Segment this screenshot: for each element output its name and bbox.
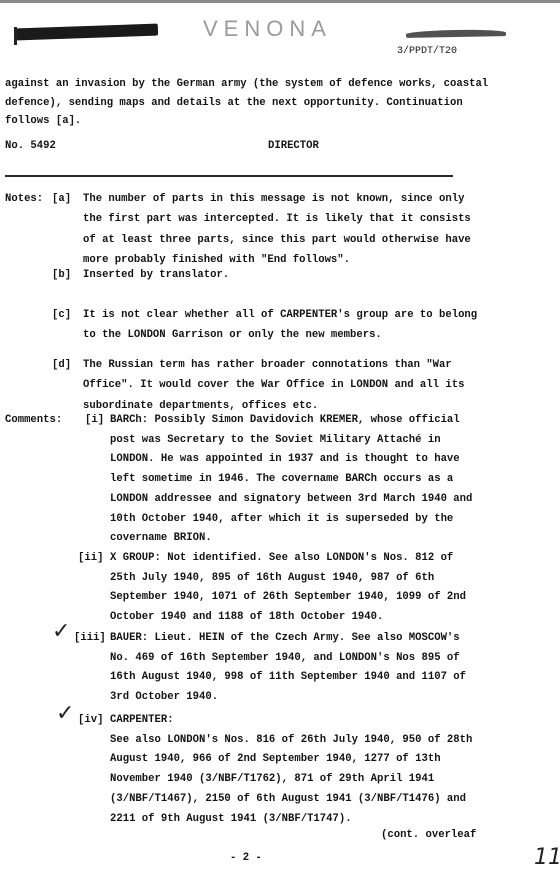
comment-text-line: 10th October 1940, after which it is sup…: [110, 512, 453, 526]
comment-text-line: September 1940, 1071 of 26th September 1…: [110, 590, 466, 604]
comment-text-line: See also LONDON's Nos. 816 of 26th July …: [110, 733, 472, 747]
note-text-line: The Russian term has rather broader conn…: [83, 358, 452, 372]
note-marker: [b]: [52, 268, 71, 282]
comment-marker: [iii]: [74, 631, 106, 645]
scan-edge: [0, 0, 560, 3]
comment-text-line: 25th July 1940, 895 of 16th August 1940,…: [110, 571, 434, 585]
check-mark-icon: ✓: [56, 701, 74, 726]
note-text-line: Inserted by translator.: [83, 268, 229, 282]
redacted-stamp-right: [406, 29, 506, 38]
notes-label: Notes:: [5, 192, 43, 206]
comment-text-line: (3/NBF/T1467), 2150 of 6th August 1941 (…: [110, 792, 466, 806]
comment-text-line: November 1940 (3/NBF/T1762), 871 of 29th…: [110, 772, 434, 786]
comment-text-line: August 1940, 966 of 2nd September 1940, …: [110, 752, 441, 766]
section-divider: [5, 175, 453, 177]
comment-marker: [i]: [85, 413, 104, 427]
comment-text-line: 16th August 1940, 998 of 11th September …: [110, 670, 466, 684]
note-text-line: It is not clear whether all of CARPENTER…: [83, 308, 477, 322]
comment-text-line: LONDON addressee and signatory between 3…: [110, 492, 472, 506]
note-marker: [c]: [52, 308, 71, 322]
note-text-line: more probably finished with "End follows…: [83, 253, 350, 267]
document-reference: 3/PPDT/T20: [397, 46, 457, 57]
message-signatory: DIRECTOR: [268, 139, 319, 153]
note-text-line: The number of parts in this message is n…: [83, 192, 464, 206]
comment-text-line: 3rd October 1940.: [110, 690, 218, 704]
comment-text-line: post was Secretary to the Soviet Militar…: [110, 433, 441, 447]
note-text-line: subordinate departments, offices etc.: [83, 399, 318, 413]
comment-text-line: CARPENTER:: [110, 713, 174, 727]
comment-text-line: left sometime in 1946. The covername BAR…: [110, 472, 453, 486]
comment-text-line: 2211 of 9th August 1941 (3/NBF/T1747).: [110, 812, 352, 826]
comment-text-line: covername BRION.: [110, 531, 212, 545]
note-text-line: of at least three parts, since this part…: [83, 233, 471, 247]
comment-text-line: BAUER: Lieut. HEIN of the Czech Army. Se…: [110, 631, 460, 645]
note-text-line: to the LONDON Garrison or only the new m…: [83, 328, 382, 342]
note-marker: [d]: [52, 358, 71, 372]
continuation-note: (cont. overleaf: [381, 829, 476, 841]
comment-text-line: X GROUP: Not identified. See also LONDON…: [110, 551, 453, 565]
handwritten-folio-number: 116: [534, 845, 560, 870]
page-number: - 2 -: [230, 852, 262, 864]
redacted-classification-stamp: [16, 24, 158, 41]
note-text-line: the first part was intercepted. It is li…: [83, 212, 471, 226]
note-marker: [a]: [52, 192, 71, 206]
comment-text-line: October 1940 and 1188 of 18th October 19…: [110, 610, 383, 624]
comment-text-line: LONDON. He was appointed in 1937 and is …: [110, 452, 460, 466]
body-text-line: follows [a].: [5, 114, 81, 128]
comments-label: Comments:: [5, 413, 62, 427]
comment-text-line: No. 469 of 16th September 1940, and LOND…: [110, 651, 460, 665]
body-text-line: defence), sending maps and details at th…: [5, 96, 463, 110]
message-number: No. 5492: [5, 139, 56, 153]
comment-marker: [ii]: [78, 551, 103, 565]
note-text-line: Office". It would cover the War Office i…: [83, 378, 464, 392]
redaction-mark: [14, 27, 31, 45]
venona-stamp: VENONA: [203, 16, 332, 42]
comment-marker: [iv]: [78, 713, 103, 727]
body-text-line: against an invasion by the German army (…: [5, 77, 488, 91]
comment-text-line: BARCh: Possibly Simon Davidovich KREMER,…: [110, 413, 460, 427]
check-mark-icon: ✓: [52, 619, 70, 644]
